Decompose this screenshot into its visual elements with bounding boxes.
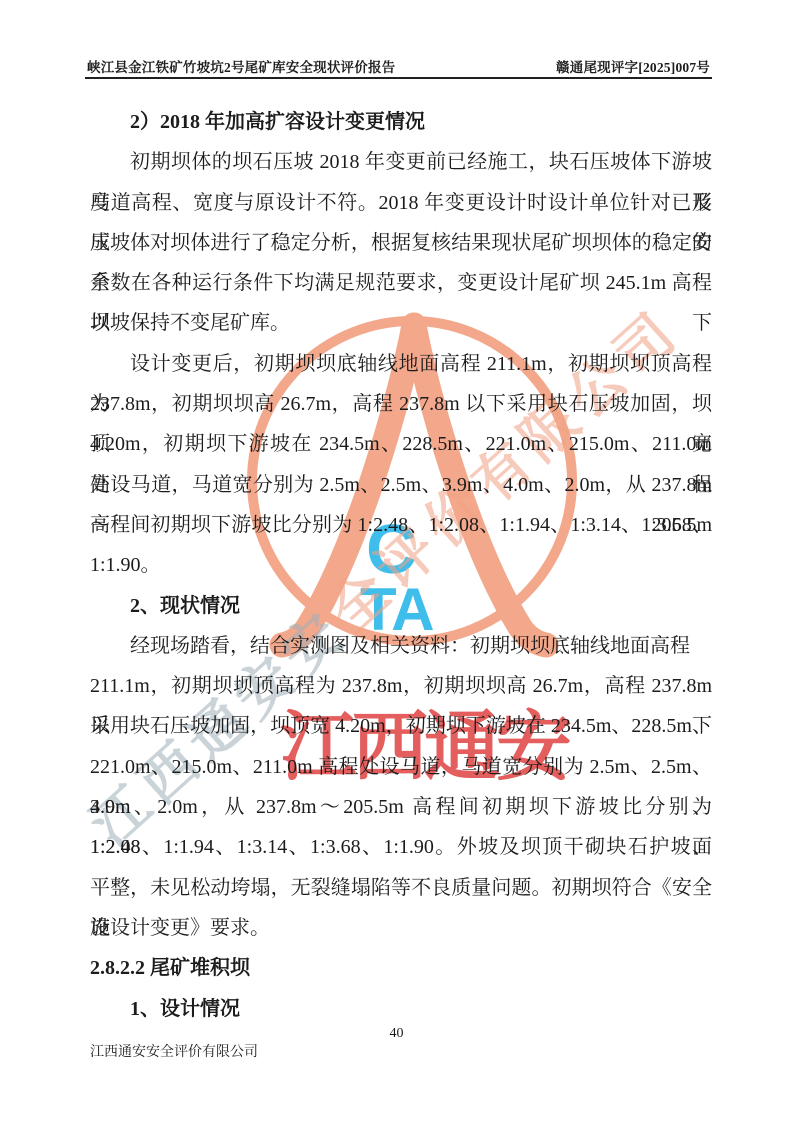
section-heading: 2.8.2.2 尾矿堆积坝 <box>90 948 712 988</box>
body-text-line: 设计变更后，初期坝坝底轴线地面高程 211.1m，初期坝坝顶高程为 <box>90 344 712 384</box>
section-heading: 2）2018 年加高扩容设计变更情况 <box>90 102 712 142</box>
body-text-line: 经现场踏看，结合实测图及相关资料：初期坝坝底轴线地面高程 <box>90 626 712 666</box>
body-text-line: 采用块石压坡加固，坝顶宽 4.20m，初期坝下游坡在 234.5m、228.5m… <box>90 706 712 746</box>
body-text-line: 1:2.08、1:1.94、1:3.14、1:3.68、1:1.90。外坡及坝顶… <box>90 827 712 867</box>
section-heading: 1、设计情况 <box>90 989 712 1029</box>
header-divider <box>85 77 712 79</box>
document-number: 赣通尾现评字[2025]007号 <box>556 56 710 76</box>
body-text-line: 221.0m、215.0m、211.0m 高程处设马道，马道宽分别为 2.5m、… <box>90 747 712 787</box>
body-text-line: 马道高程、宽度与原设计不符。2018 年变更设计时设计单位针对已形成的 <box>90 183 712 223</box>
document-body: 2）2018 年加高扩容设计变更情况 初期坝体的坝石压坡 2018 年变更前已经… <box>90 102 712 1029</box>
section-heading: 2、现状情况 <box>90 586 712 626</box>
body-text-line: 压坡体对坝体进行了稳定分析，根据复核结果现状尾矿坝坝体的稳定安全 <box>90 223 712 263</box>
body-text-line: 4.20m，初期坝下游坡在 234.5m、228.5m、221.0m、215.0… <box>90 424 712 464</box>
body-text-line: 1:1.90。 <box>90 545 712 585</box>
body-text-line: 初期坝体的坝石压坡 2018 年变更前已经施工，块石压坡体下游坡度及 <box>90 142 712 182</box>
body-text-line: 211.1m，初期坝坝顶高程为 237.8m，初期坝坝高 26.7m，高程 23… <box>90 666 712 706</box>
body-text-line: 高程间初期坝下游坡比分别为 1:2.48、1:2.08、1:1.94、1:3.1… <box>90 505 712 545</box>
page-header: 峡江县金江铁矿竹坡坑2号尾矿库安全现状评价报告 赣通尾现评字[2025]007号 <box>87 56 710 76</box>
report-title: 峡江县金江铁矿竹坡坑2号尾矿库安全现状评价报告 <box>87 56 395 76</box>
body-text-line: 4.0m、2.0m，从 237.8m～205.5m 高程间初期坝下游坡比分别为 … <box>90 787 712 827</box>
body-text-line: 施设计变更》要求。 <box>90 908 712 948</box>
body-text-line: 系数在各种运行条件下均满足规范要求，变更设计尾矿坝 245.1m 高程以下 <box>90 263 712 303</box>
body-text-line: 平整，未见松动垮塌，无裂缝塌陷等不良质量问题。初期坝符合《安全设 <box>90 868 712 908</box>
body-text-line: 处设马道，马道宽分别为 2.5m、2.5m、3.9m、4.0m、2.0m，从 2… <box>90 465 712 505</box>
body-text-line: 237.8m，初期坝坝高 26.7m，高程 237.8m 以下采用块石压坡加固，… <box>90 384 712 424</box>
footer-company-name: 江西通安安全评价有限公司 <box>90 1041 258 1061</box>
page-number: 40 <box>0 1026 793 1042</box>
document-page: C TA 江西通安安全评价有限公司 江西通安 峡江县金江铁矿竹坡坑2号尾矿库安全… <box>0 0 793 1122</box>
